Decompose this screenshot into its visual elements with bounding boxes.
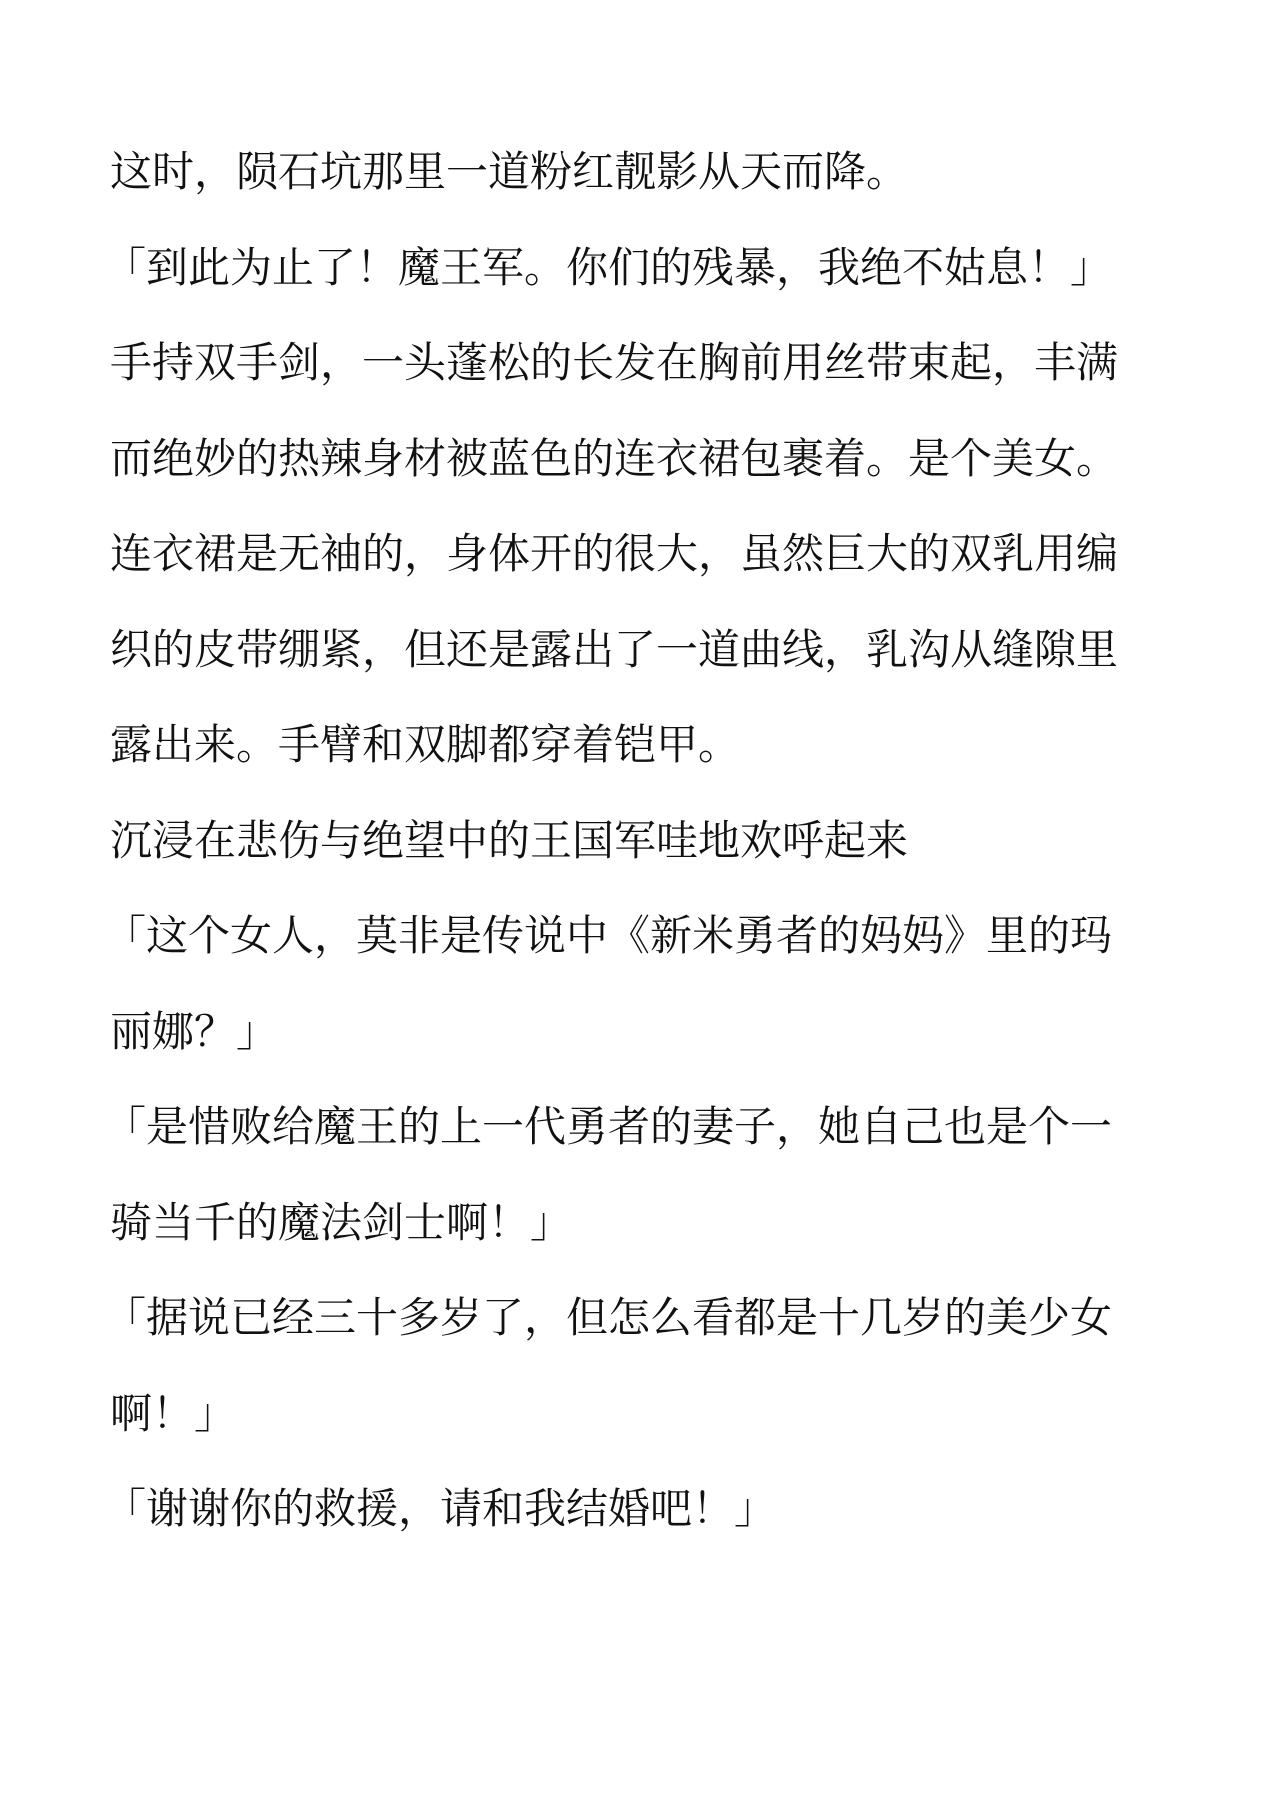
text-line-dialogue-continued: 骑当千的魔法剑士啊！」 <box>110 1175 1150 1271</box>
text-line-narration: 而绝妙的热辣身材被蓝色的连衣裙包裹着。是个美女。 <box>110 411 1150 507</box>
text-line-dialogue: 「谢谢你的救援，请和我结婚吧！」 <box>104 1461 1150 1557</box>
text-line-narration: 露出来。手臂和双脚都穿着铠甲。 <box>110 697 1150 793</box>
text-line-dialogue: 「到此为止了！魔王军。你们的残暴，我绝不姑息！」 <box>104 220 1150 316</box>
text-line-dialogue: 「这个女人，莫非是传说中《新米勇者的妈妈》里的玛 <box>104 888 1150 984</box>
text-line-narration: 沉浸在悲伤与绝望中的王国军哇地欢呼起来 <box>110 793 1150 889</box>
text-line-narration: 手持双手剑，一头蓬松的长发在胸前用丝带束起，丰满 <box>110 315 1150 411</box>
text-line-dialogue: 「据说已经三十多岁了，但怎么看都是十几岁的美少女 <box>104 1270 1150 1366</box>
text-line-narration: 织的皮带绷紧，但还是露出了一道曲线，乳沟从缝隙里 <box>110 602 1150 698</box>
text-line-dialogue: 「是惜败给魔王的上一代勇者的妻子，她自己也是个一 <box>104 1079 1150 1175</box>
document-page: 这时，陨石坑那里一道粉红靓影从天而降。 「到此为止了！魔王军。你们的残暴，我绝不… <box>0 0 1280 1816</box>
text-line-dialogue-continued: 丽娜？」 <box>110 984 1150 1080</box>
text-line-dialogue-continued: 啊！」 <box>110 1366 1150 1462</box>
text-line-narration: 连衣裙是无袖的，身体开的很大，虽然巨大的双乳用编 <box>110 506 1150 602</box>
document-body: 这时，陨石坑那里一道粉红靓影从天而降。 「到此为止了！魔王军。你们的残暴，我绝不… <box>110 124 1150 1557</box>
text-line-narration: 这时，陨石坑那里一道粉红靓影从天而降。 <box>110 124 1150 220</box>
